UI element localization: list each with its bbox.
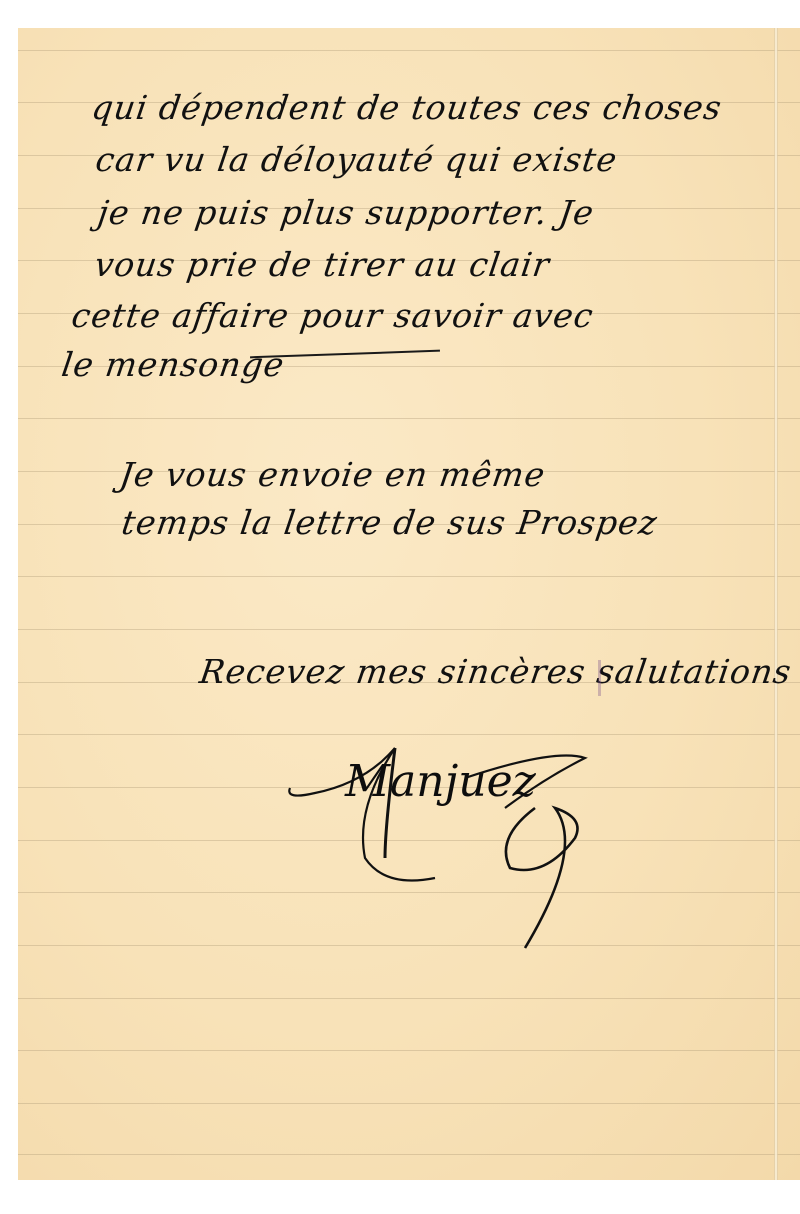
paragraph2-line-2: temps la lettre de sus Prospez bbox=[119, 503, 660, 542]
ruled-line bbox=[18, 629, 800, 630]
ink-mark bbox=[598, 660, 601, 696]
ruled-line bbox=[18, 998, 800, 999]
body-line-1: qui dépendent de toutes ces choses bbox=[89, 88, 724, 127]
body-line-4: vous prie de tirer au clair bbox=[92, 245, 552, 284]
ruled-line bbox=[18, 576, 800, 577]
signature-text: Manjuez bbox=[345, 756, 536, 807]
paragraph2-line-1: Je vous envoie en même bbox=[117, 455, 548, 494]
signature: Manjuez bbox=[285, 728, 645, 958]
closing-line: Recevez mes sincères salutations bbox=[197, 652, 794, 691]
paper-fold bbox=[774, 28, 778, 1180]
ruled-line bbox=[18, 50, 800, 51]
body-line-2: car vu la déloyauté qui existe bbox=[93, 140, 620, 179]
ruled-line bbox=[18, 1103, 800, 1104]
body-line-5: cette affaire pour savoir avec bbox=[69, 296, 596, 335]
ruled-line bbox=[18, 1154, 800, 1155]
ruled-line bbox=[18, 1050, 800, 1051]
ruled-line bbox=[18, 418, 800, 419]
body-line-3: je ne puis plus supporter. Je bbox=[95, 193, 596, 232]
body-line-6: le mensonge bbox=[59, 345, 287, 384]
